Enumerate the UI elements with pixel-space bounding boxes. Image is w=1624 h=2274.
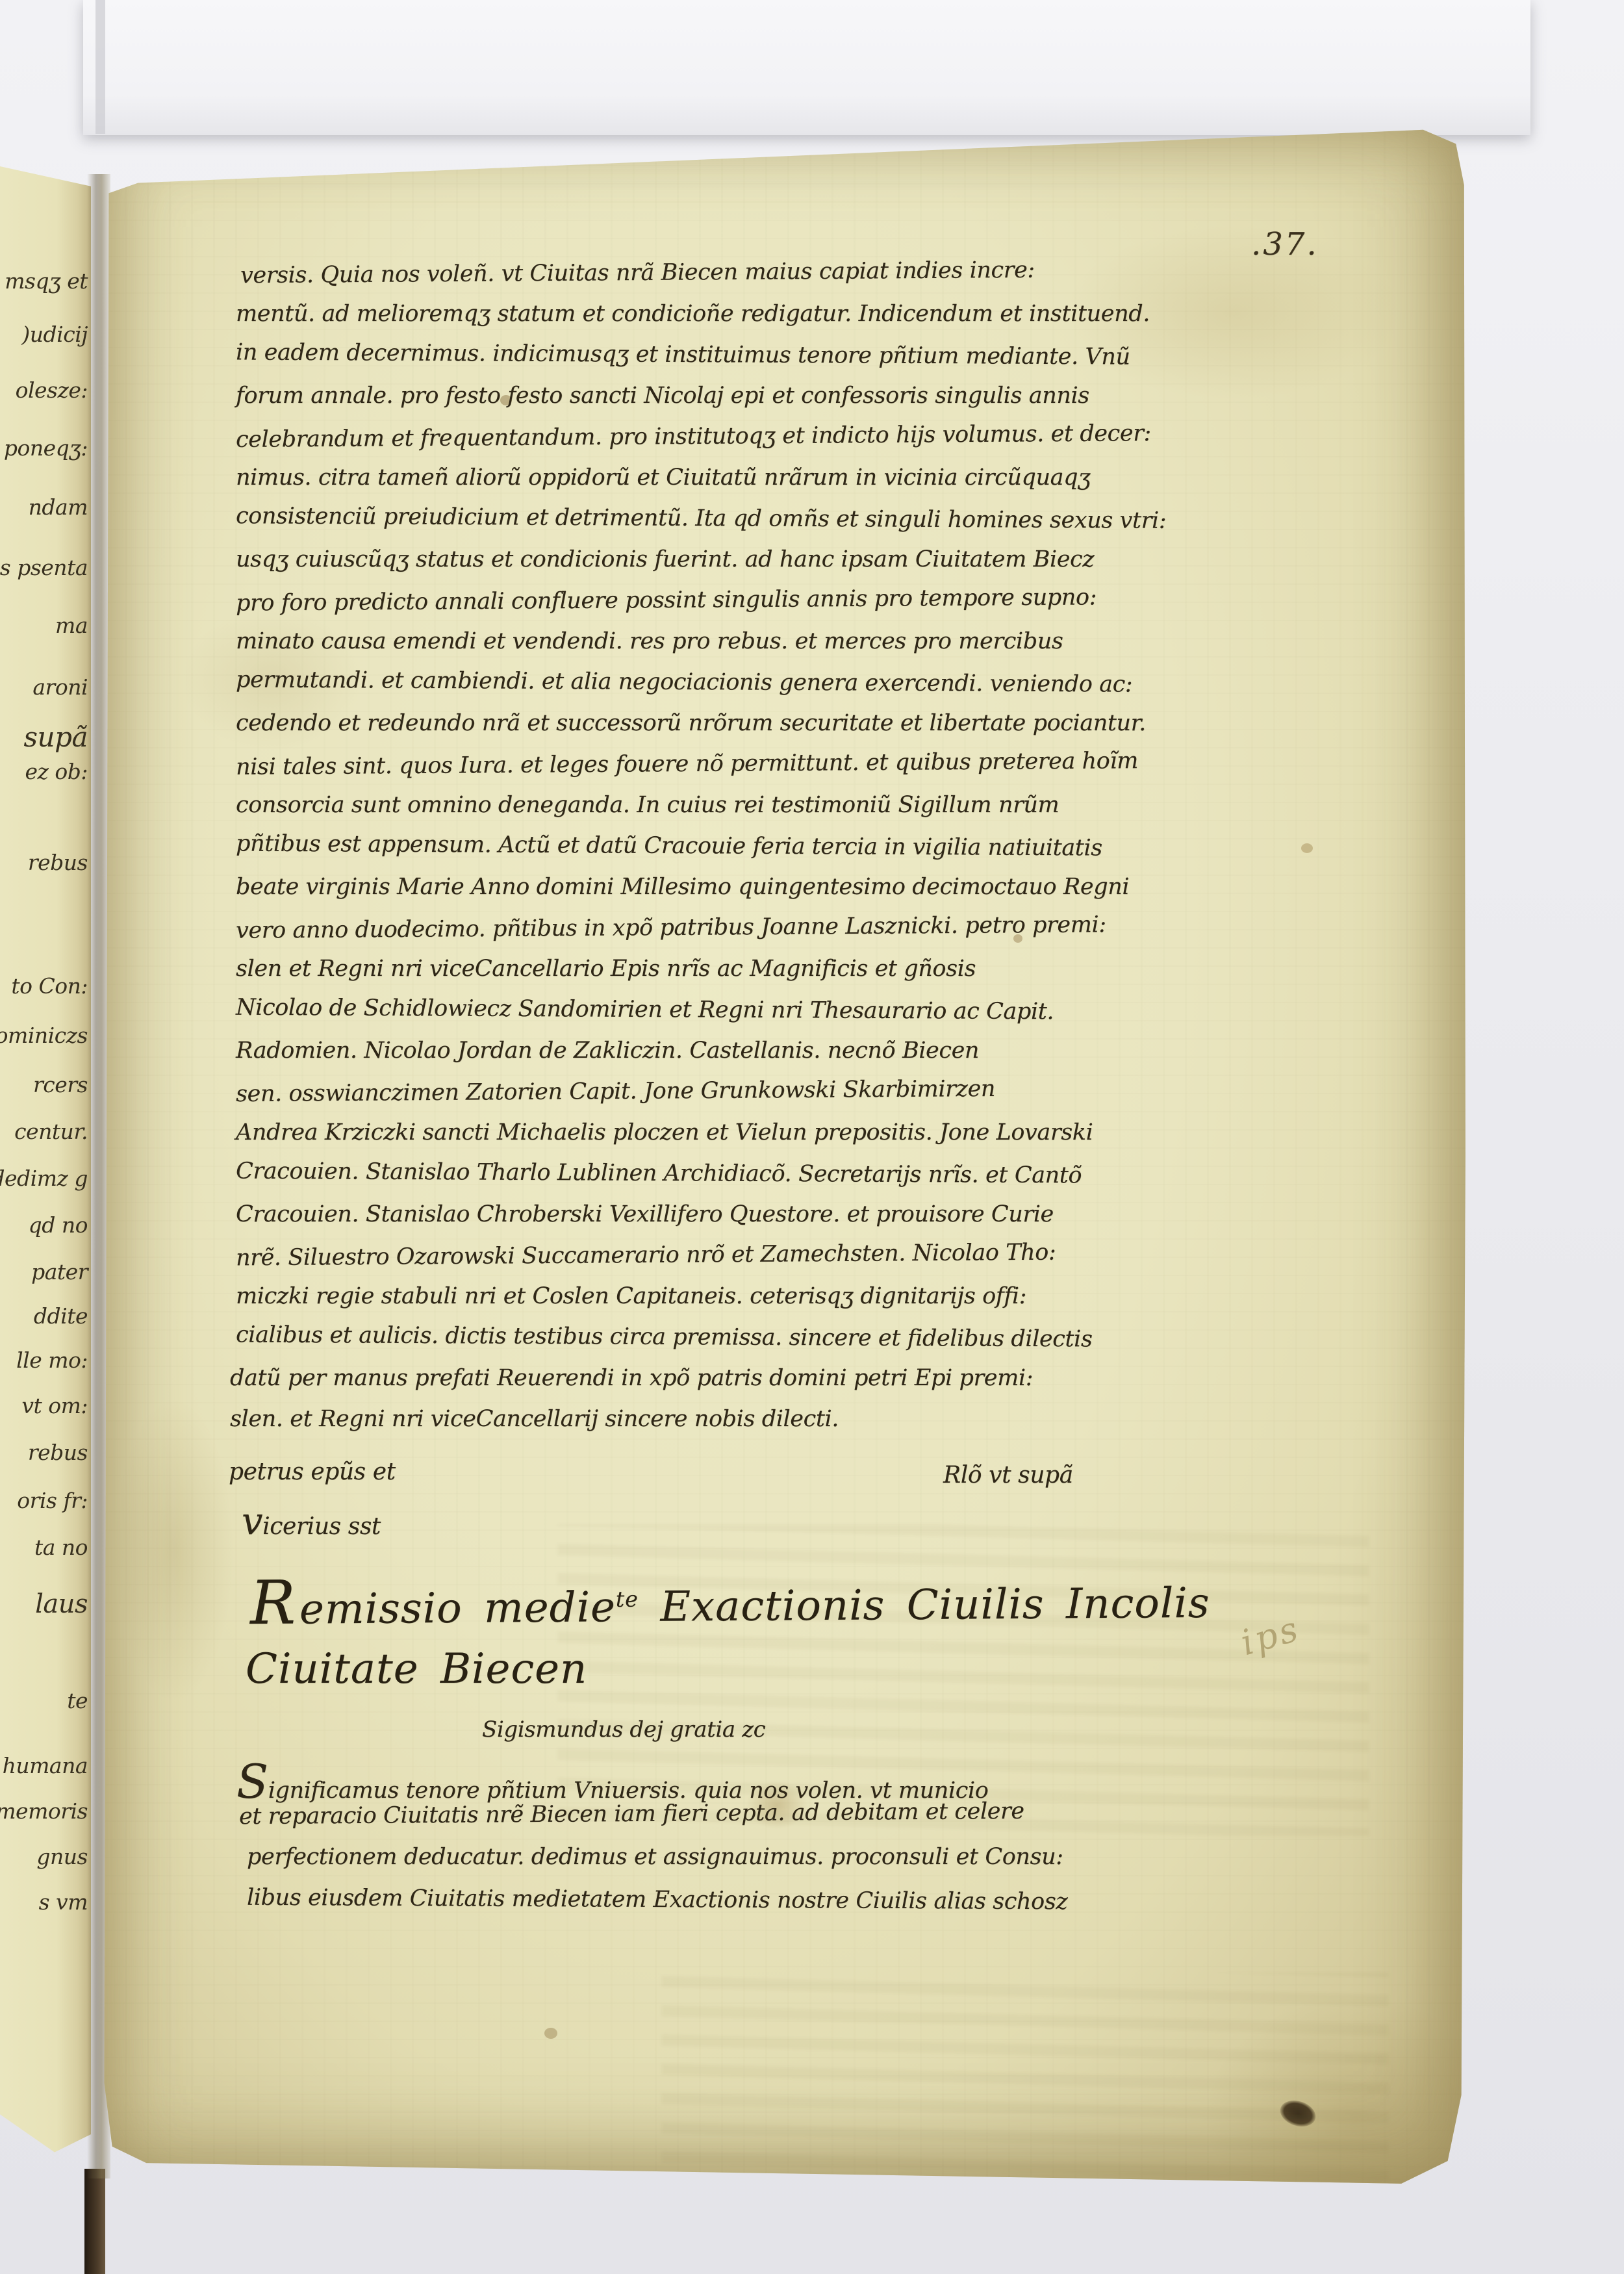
binding-strap-bottom: [84, 2169, 105, 2274]
charter-line: nrẽ. Siluestro Ozarowski Succamerario nr…: [236, 1240, 1056, 1271]
subscription-line: vicerius sst: [242, 1500, 381, 1543]
charter-line: celebrandum et frequentandum. pro instit…: [236, 420, 1151, 453]
margin-fragment: humana: [3, 1753, 88, 1778]
facing-page-edge: msqʒ et )udicij olesze: poneqʒ: ndam s p…: [0, 166, 91, 2162]
margin-mark: ips: [1236, 1608, 1304, 1664]
margin-fragment: ta no: [34, 1535, 88, 1560]
binding-strap-edge: [95, 0, 105, 134]
margin-fragment: aroni: [32, 674, 88, 700]
charter-line: pro foro predicto annali confluere possi…: [236, 584, 1097, 616]
margin-fragment: ez ob:: [25, 759, 88, 784]
margin-fragment: olesze:: [16, 377, 88, 403]
charter-line: pñtibus est appensum. Actũ et datũ Craco…: [236, 831, 1102, 862]
charter-line: libus eiusdem Ciuitatis medietatem Exact…: [247, 1885, 1068, 1915]
heading-superscript: te: [616, 1587, 639, 1612]
charter-line: in eadem decernimus. indicimusqʒ et inst…: [236, 339, 1130, 370]
charter-line: sen. osswianczimen Zatorien Capit. Jone …: [236, 1076, 995, 1107]
margin-fragment: laus: [35, 1589, 88, 1619]
paper-stain: [1207, 1999, 1506, 2232]
margin-fragment: rebus: [28, 1440, 88, 1465]
interleaf-sheet: [83, 0, 1530, 135]
charter-line: Cracouien. Stanislao Tharlo Lublinen Arc…: [236, 1158, 1082, 1189]
charter-line: forum annale. pro festo festo sancti Nic…: [236, 383, 1089, 409]
charter-line: datũ per manus prefati Reuerendi in xpõ …: [230, 1365, 1033, 1391]
margin-fragment: to Con:: [11, 973, 88, 999]
margin-fragment: rcers: [33, 1072, 88, 1097]
charter-line: et reparacio Ciuitatis nrẽ Biecen iam fi…: [239, 1798, 1024, 1830]
rubric-heading-line1: Remissio mediete Exactionis Ciuilis Inco…: [250, 1561, 1210, 1638]
margin-fragment: rebus: [28, 850, 88, 875]
binding-strap-top: [77, 0, 95, 198]
heading-text: Exactionis Ciuilis Incolis: [660, 1579, 1210, 1631]
charter-line: slen et Regni nri viceCancellario Epis n…: [236, 956, 976, 982]
charter-line: miczki regie stabuli nri et Coslen Capit…: [236, 1283, 1026, 1309]
charter-line: versis. Quia nos voleñ. vt Ciuitas nrã B…: [240, 257, 1035, 289]
heading-text: Remissio medie: [250, 1583, 616, 1634]
margin-fragment: dedimz g: [0, 1166, 88, 1191]
rubric-heading-line2: Ciuitate Biecen: [246, 1645, 587, 1693]
charter-line: consistenciũ preiudicium et detrimentũ. …: [236, 503, 1166, 533]
paper-speck: [1301, 843, 1313, 853]
subscription-line: petrus epũs et: [229, 1459, 396, 1485]
paper-speck: [544, 2028, 557, 2039]
margin-fragment: dominiczs: [0, 1023, 88, 1048]
relatio-note: Rlõ vt supã: [943, 1462, 1073, 1488]
manuscript-page: .37. versis. Quia nos voleñ. vt Ciuitas …: [103, 127, 1467, 2186]
charter-line: minato causa emendi et vendendi. res pro…: [236, 628, 1063, 654]
charter-line: permutandi. et cambiendi. et alia negoci…: [236, 667, 1132, 697]
charter-line: cedendo et redeundo nrã et successorũ nr…: [236, 710, 1146, 736]
margin-fragment: lle mo:: [16, 1348, 88, 1373]
charter-line: Andrea Krziczki sancti Michaelis ploczen…: [236, 1119, 1093, 1145]
charter-line: Radomien. Nicolao Jordan de Zakliczin. C…: [236, 1038, 979, 1064]
charter-line: mentũ. ad melioremqʒ statum et condicioñ…: [236, 301, 1150, 327]
charter-line: usqʒ cuiuscũqʒ status et condicionis fue…: [236, 546, 1094, 572]
margin-fragment: memoris: [0, 1798, 88, 1824]
margin-fragment: s vm: [39, 1889, 88, 1915]
margin-fragment: ddite: [34, 1303, 88, 1329]
folio-number: .37.: [1251, 226, 1319, 262]
charter-line: vero anno duodecimo. pñtibus in xpõ patr…: [236, 912, 1106, 943]
charter-line: nimus. citra tameñ aliorũ oppidorũ et Ci…: [236, 465, 1090, 491]
margin-fragment: ndam: [29, 494, 88, 520]
charter-line: Nicolao de Schidlowiecz Sandomirien et R…: [236, 995, 1054, 1025]
invocation-line: Sigismundus dej gratia zc: [482, 1717, 765, 1743]
margin-fragment: ma: [55, 613, 88, 638]
manuscript-scan: msqʒ et )udicij olesze: poneqʒ: ndam s p…: [0, 0, 1624, 2274]
margin-fragment: oris fr:: [17, 1488, 88, 1513]
charter-line: Cracouien. Stanislao Chroberski Vexillif…: [236, 1201, 1054, 1227]
margin-fragment: gnus: [36, 1844, 88, 1869]
margin-fragment: msqʒ et: [5, 268, 88, 294]
paper-stain: [116, 1401, 233, 1700]
margin-fragment: vt om:: [21, 1393, 88, 1418]
margin-fragment: s psenta: [0, 555, 88, 580]
ink-bleedthrough: [661, 1973, 1389, 2180]
margin-fragment: pater: [31, 1259, 88, 1284]
ink-blot: [1276, 2096, 1319, 2130]
charter-line: cialibus et aulicis. dictis testibus cir…: [236, 1322, 1093, 1353]
margin-fragment: centur.: [14, 1119, 88, 1144]
margin-fragment: poneqʒ:: [4, 435, 88, 461]
charter-line: perfectionem deducatur. dedimus et assig…: [247, 1844, 1063, 1870]
margin-fragment: )udicij: [21, 322, 88, 347]
margin-fragment: supã: [23, 721, 88, 753]
margin-fragment: te: [67, 1688, 88, 1713]
charter-line: beate virginis Marie Anno domini Millesi…: [236, 874, 1129, 900]
charter-line: slen. et Regni nri viceCancellarij since…: [230, 1406, 839, 1432]
margin-fragment: qd no: [29, 1212, 88, 1238]
charter-line: nisi tales sint. quos Iura. et leges fou…: [236, 748, 1138, 780]
charter-line: consorcia sunt omnino deneganda. In cuiu…: [236, 792, 1059, 818]
